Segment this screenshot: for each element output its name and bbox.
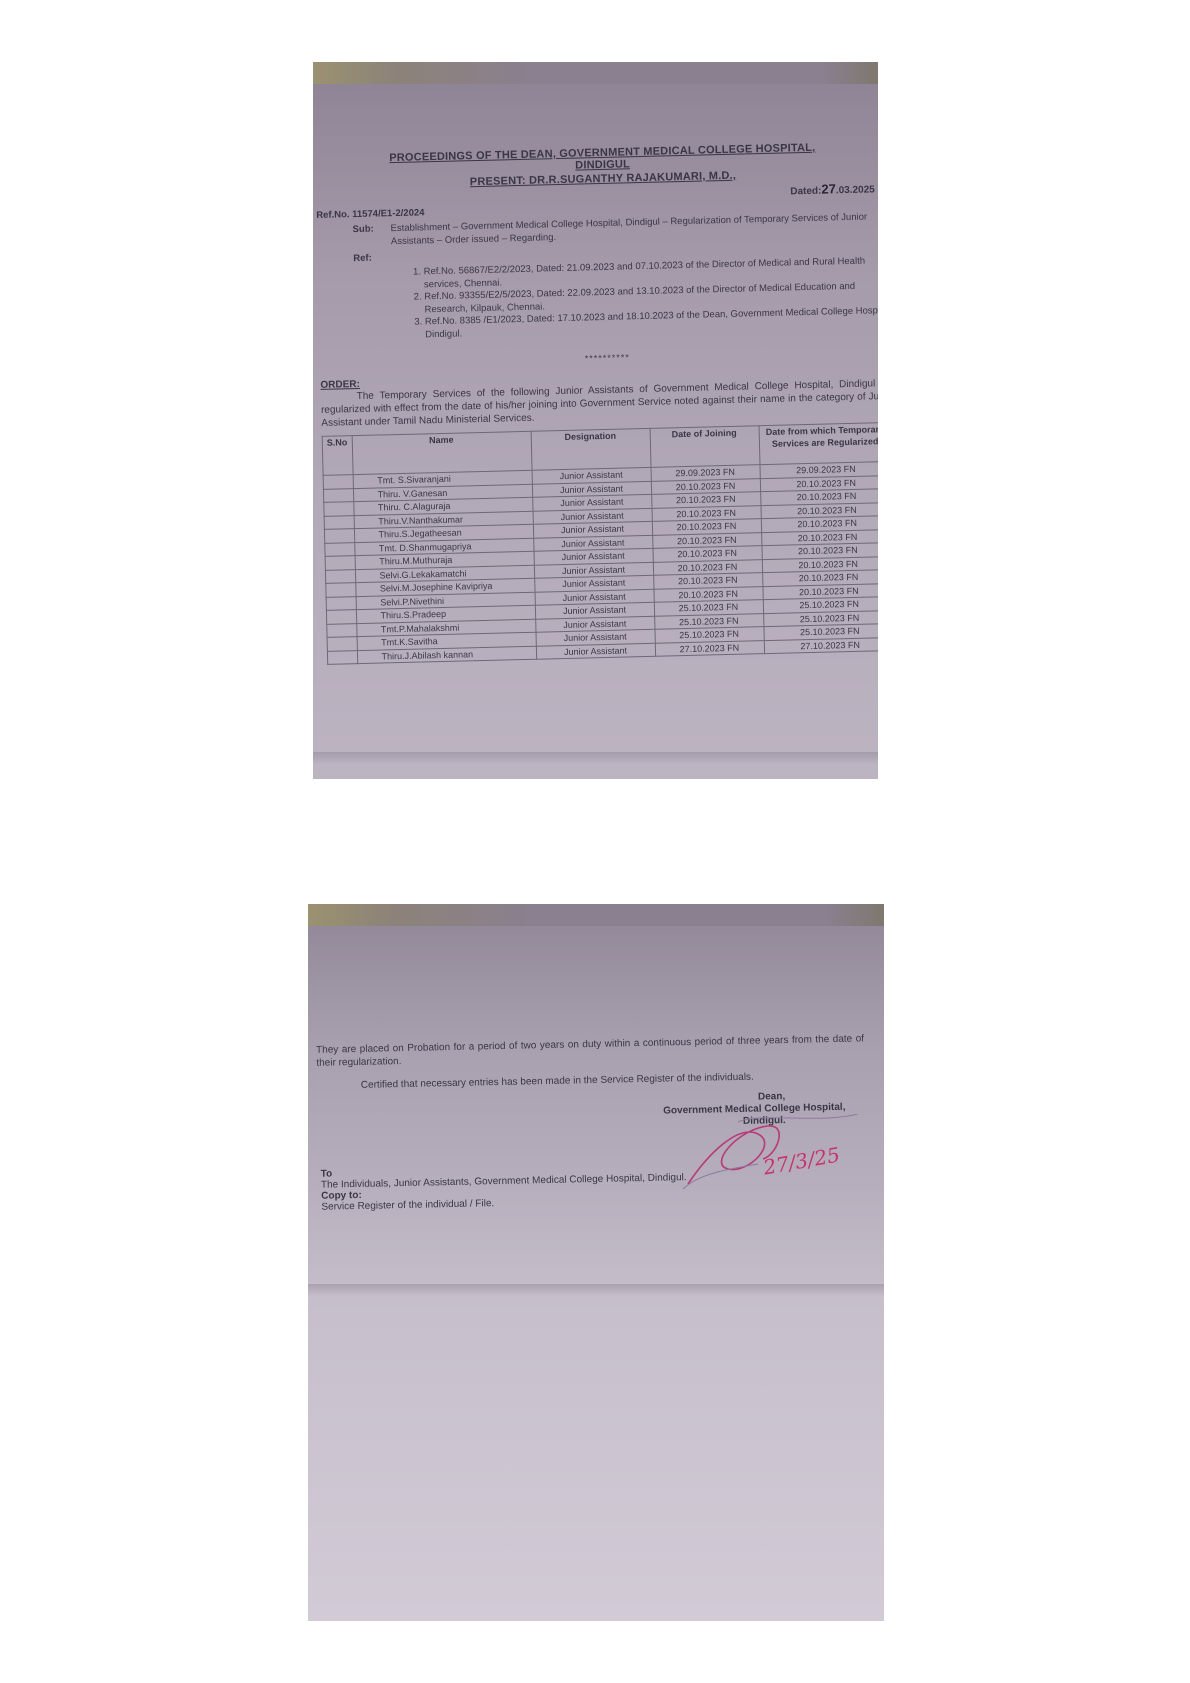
dated-label: Dated: — [790, 186, 821, 198]
header-date-regularized: Date from which Temporary Services are R… — [759, 422, 878, 464]
proceedings-page-1: PROCEEDINGS OF THE DEAN, GOVERNMENT MEDI… — [313, 68, 878, 665]
reference-label: Ref: — [353, 252, 391, 264]
cell-sno — [326, 610, 356, 624]
cell-sno — [323, 488, 353, 502]
cell-sno — [325, 556, 355, 570]
section-separator: ********** — [320, 346, 878, 370]
photo-shadow — [308, 1284, 884, 1296]
order-date: Dated:27.03.2025 — [790, 180, 875, 197]
header-sno: S.No — [322, 436, 352, 476]
regularization-table: S.No Name Designation Date of Joining Da… — [322, 422, 878, 665]
cell-sno — [327, 637, 357, 651]
dated-day: 27 — [821, 181, 836, 196]
cell-designation: Junior Assistant — [536, 643, 655, 659]
probation-paragraph: They are placed on Probation for a perio… — [308, 1032, 884, 1070]
cell-sno — [327, 650, 357, 664]
dated-rest: .03.2025 — [836, 184, 875, 196]
cell-sno — [327, 623, 357, 637]
header-date-of-joining: Date of Joining — [650, 426, 760, 468]
cell-date-of-joining: 27.10.2023 FN — [655, 640, 764, 656]
header-designation: Designation — [531, 428, 651, 470]
cell-date-regularized: 27.10.2023 FN — [764, 637, 878, 654]
cell-sno — [326, 596, 356, 610]
cell-sno — [325, 542, 355, 556]
cell-sno — [323, 475, 353, 489]
cell-sno — [325, 569, 355, 583]
cell-sno — [324, 529, 354, 543]
subject-label: Sub: — [352, 223, 391, 249]
document-photo-page-1: PROCEEDINGS OF THE DEAN, GOVERNMENT MEDI… — [313, 62, 878, 779]
cell-sno — [324, 515, 354, 529]
certification-paragraph: Certified that necessary entries has bee… — [309, 1068, 884, 1093]
photo-edge-strip — [308, 904, 884, 926]
cell-sno — [326, 583, 356, 597]
cell-sno — [324, 502, 354, 516]
document-photo-page-2: They are placed on Probation for a perio… — [308, 904, 884, 1621]
reference-list: Ref.No. 56867/E2/2/2023, Dated: 21.09.20… — [410, 255, 878, 342]
photo-shadow — [313, 752, 878, 764]
header-name: Name — [352, 431, 532, 474]
